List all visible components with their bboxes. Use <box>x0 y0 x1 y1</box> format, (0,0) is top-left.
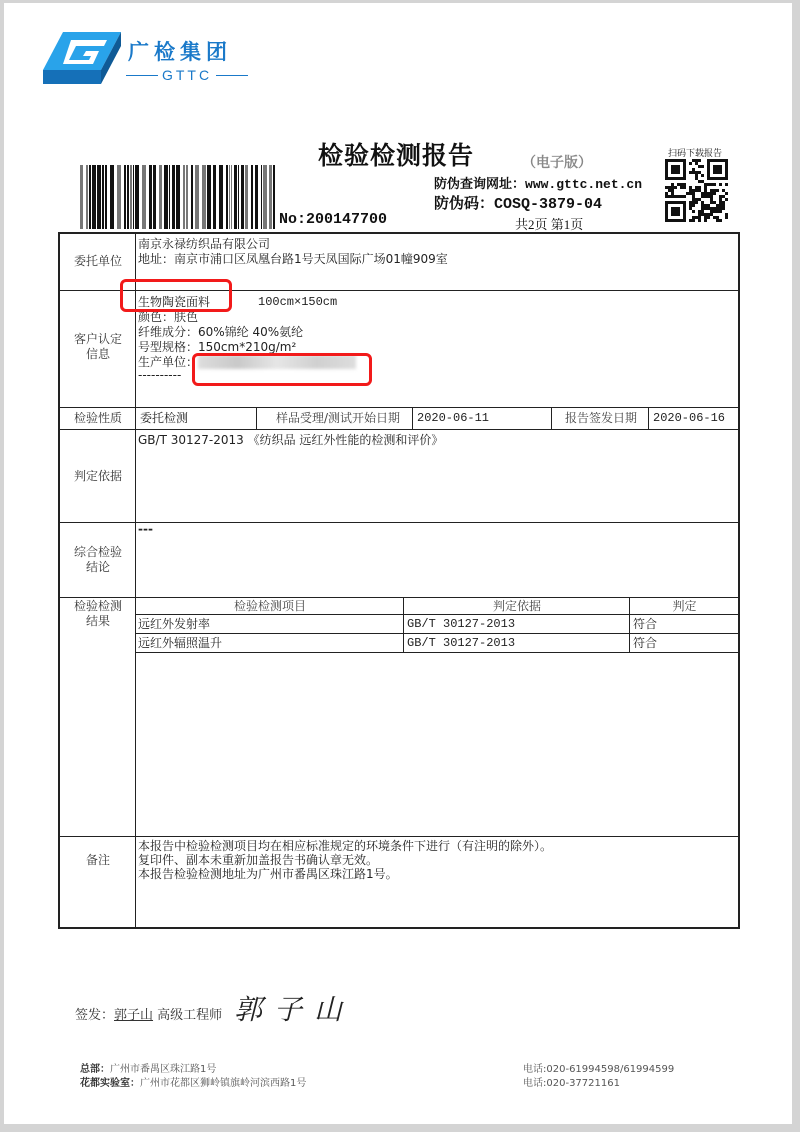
remark-line-3: 本报告检验检测地址为广州市番禺区珠江路1号。 <box>138 867 398 882</box>
product-size: 100cm×150cm <box>258 295 337 310</box>
footer-hq-address: 广州市番禺区珠江路1号 <box>110 1064 216 1075</box>
logo-text-en: GTTC <box>126 67 248 83</box>
results-label: 检验检测 结果 <box>60 599 136 629</box>
client-name: 南京永禄纺织品有限公司 <box>138 237 270 252</box>
receive-date-label: 样品受理/测试开始日期 <box>266 411 410 426</box>
gttc-logo-icon <box>41 30 121 86</box>
client-address: 地址：南京市浦口区凤凰台路1号天凤国际广场01幢909室 <box>138 252 448 267</box>
customer-info-label-line2: 信息 <box>60 347 136 362</box>
client-label: 委托单位 <box>60 254 136 269</box>
basis-value: GB/T 30127-2013 《纺织品 远红外性能的检测和评价》 <box>138 433 443 448</box>
customer-info-label-line1: 客户认定 <box>60 332 136 347</box>
report-title: 检验检测报告 <box>318 136 474 172</box>
logo-text-cn: 广检集团 <box>128 36 232 66</box>
barcode-icon <box>80 165 275 229</box>
footer-lab-label: 花都实验室： <box>80 1078 140 1089</box>
issue-date: 2020-06-16 <box>653 411 725 426</box>
footer-lab: 花都实验室：广州市花都区狮岭镇旗岭河滨西路1号 <box>80 1077 306 1091</box>
anti-fake-url-link[interactable]: www.gttc.net.cn <box>525 177 642 192</box>
footer-addresses: 总部：广州市番禺区珠江路1号 花都实验室：广州市花都区狮岭镇旗岭河滨西路1号 <box>80 1063 306 1091</box>
report-subtitle: （电子版） <box>522 152 592 172</box>
customer-info-label: 客户认定 信息 <box>60 332 136 362</box>
result-row-2-verdict: 符合 <box>633 636 657 651</box>
footer-lab-phone: 电话:020-37721161 <box>523 1077 674 1091</box>
remarks-label: 备注 <box>60 853 136 868</box>
results-label-line2: 结果 <box>60 614 136 629</box>
footer-hq-phone: 电话:020-61994598/61994599 <box>523 1063 674 1077</box>
producer-dashes: ---------- <box>138 368 181 383</box>
highlight-box-product <box>120 279 232 312</box>
basis-label: 判定依据 <box>60 469 136 484</box>
signer-title: 高级工程师 <box>157 1008 222 1023</box>
anti-fake-url-label: 防伪查询网址： <box>434 177 525 192</box>
conclusion-label: 综合检验 结论 <box>60 545 136 575</box>
report-page: 广检集团 GTTC No:200147700 检验检测报告 （电子版） 防伪查询… <box>4 3 792 1124</box>
product-fiber: 纤维成分：60%锦纶 40%氨纶 <box>138 325 303 340</box>
report-number: No:200147700 <box>279 211 387 228</box>
anti-fake-code-label: 防伪码： <box>434 194 494 212</box>
page-count: 共2页 第1页 <box>515 214 583 233</box>
footer-lab-address: 广州市花都区狮岭镇旗岭河滨西路1号 <box>140 1078 306 1089</box>
results-header-verdict: 判定 <box>631 599 738 614</box>
nature-label: 检验性质 <box>60 411 136 426</box>
result-row-2-basis: GB/T 30127-2013 <box>407 636 515 651</box>
logo-en-label: GTTC <box>162 67 212 83</box>
footer-hq-label: 总部： <box>80 1064 110 1075</box>
anti-fake-code-value: COSQ-3879-04 <box>494 196 602 213</box>
qr-label: 扫码下载报告 <box>668 146 722 159</box>
result-row-1-verdict: 符合 <box>633 617 657 632</box>
result-row-2-item: 远红外辐照温升 <box>138 636 222 651</box>
anti-fake-code: 防伪码：COSQ-3879-04 <box>434 192 602 213</box>
anti-fake-url: 防伪查询网址：www.gttc.net.cn <box>434 173 642 192</box>
conclusion-label-line2: 结论 <box>60 560 136 575</box>
result-row-1-basis: GB/T 30127-2013 <box>407 617 515 632</box>
conclusion-value: --- <box>138 522 153 537</box>
remark-line-1: 本报告中检验检测项目均在相应标准规定的环境条件下进行（有注明的除外）。 <box>138 839 552 854</box>
remark-line-2: 复印件、副本未重新加盖报告书确认章无效。 <box>138 853 378 868</box>
nature-value: 委托检测 <box>140 411 188 426</box>
footer-hq: 总部：广州市番禺区珠江路1号 <box>80 1063 306 1077</box>
highlight-box-producer <box>192 353 372 386</box>
results-header-basis: 判定依据 <box>405 599 629 614</box>
handwritten-signature: 郭子山 <box>234 988 354 1028</box>
report-table: 委托单位 南京永禄纺织品有限公司 地址：南京市浦口区凤凰台路1号天凤国际广场01… <box>58 232 740 929</box>
results-header-item: 检验检测项目 <box>137 599 403 614</box>
issue-date-label: 报告签发日期 <box>554 411 648 426</box>
results-label-line1: 检验检测 <box>60 599 136 614</box>
signer-name: 郭子山 <box>114 1008 153 1023</box>
receive-date: 2020-06-11 <box>417 411 489 426</box>
product-color: 颜色：肤色 <box>138 310 198 325</box>
conclusion-label-line1: 综合检验 <box>60 545 136 560</box>
signer-label: 签发： <box>75 1008 114 1023</box>
result-row-1-item: 远红外发射率 <box>138 617 210 632</box>
footer-phones: 电话:020-61994598/61994599 电话:020-37721161 <box>523 1063 674 1091</box>
qr-code-icon[interactable] <box>665 159 728 222</box>
signer: 签发：郭子山 高级工程师 <box>75 1004 222 1023</box>
